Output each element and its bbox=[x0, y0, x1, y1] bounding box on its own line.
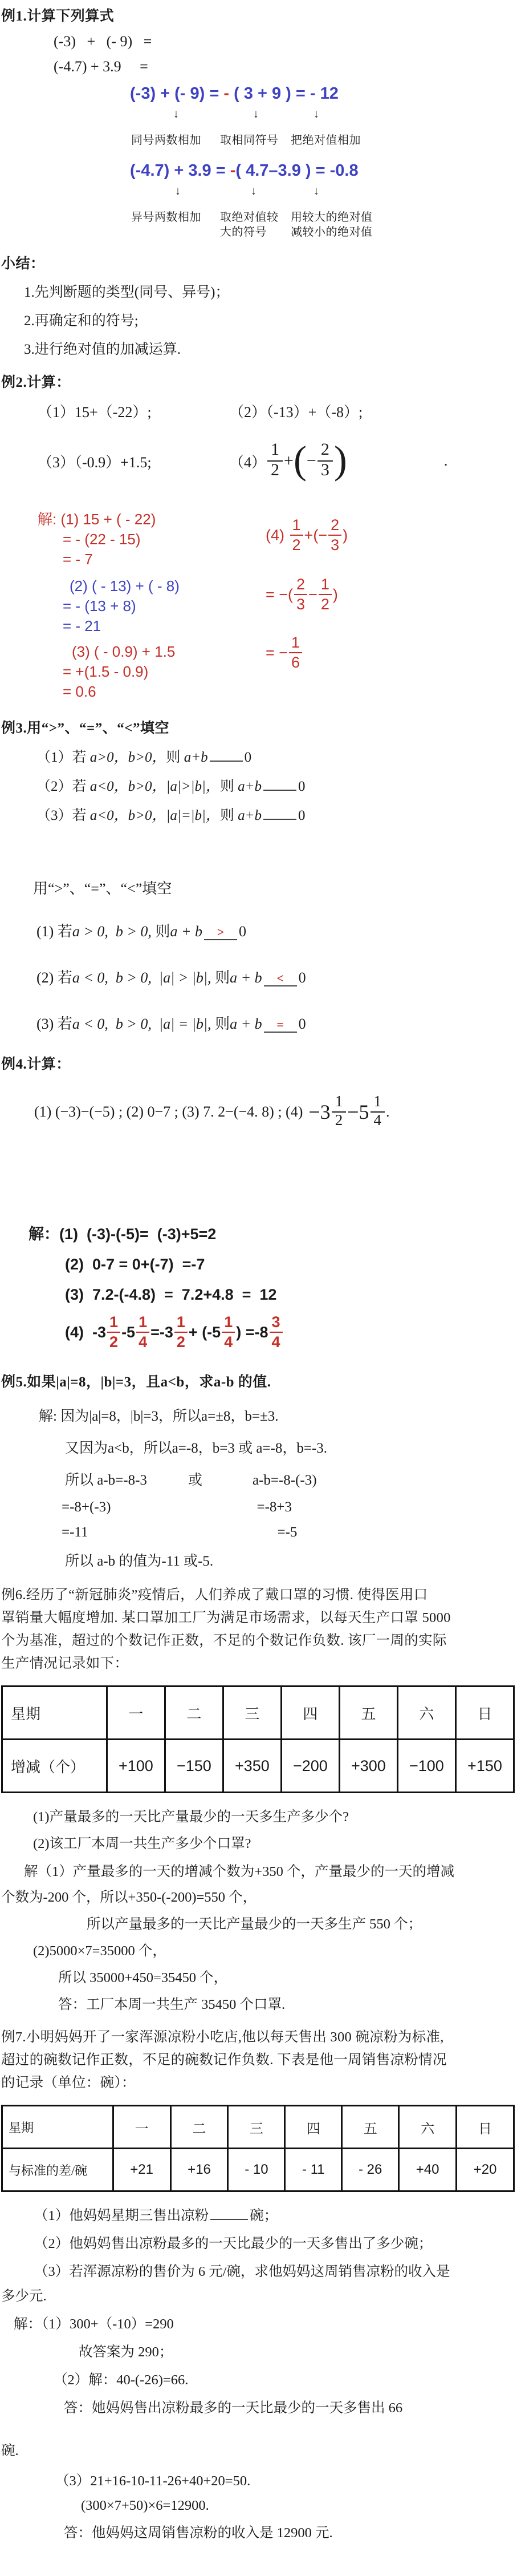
jie-label: 解： bbox=[29, 1226, 59, 1243]
minus-sign: − bbox=[307, 451, 316, 471]
work2-sign: - bbox=[230, 161, 236, 180]
ex1-worked-line-1: (-3) + (- 9) = - ( 3 + 9 ) = - 12 bbox=[130, 84, 515, 103]
fraction-numerator: 1 bbox=[222, 1315, 235, 1332]
term: ) =-8 bbox=[236, 1317, 268, 1348]
q-then: 则 bbox=[166, 750, 184, 765]
ex7-sol-6: (300×7+50)×6=12900. bbox=[81, 2498, 515, 2514]
table1-row-label: 增减（个） bbox=[2, 1740, 107, 1793]
summary-title: 小结： bbox=[1, 252, 515, 273]
q-lead: （2）若 bbox=[36, 779, 90, 794]
fraction: 12 bbox=[332, 1094, 347, 1130]
table1-value: +100 bbox=[107, 1740, 165, 1793]
ex1-expression-1: (-3) + (- 9) = bbox=[54, 33, 515, 50]
ex5-l1: 因为|a|=8，|b|=3，所以a=±8，b=±3. bbox=[60, 1409, 278, 1424]
rule-label-larger-abs-sign-1: 取绝对值较 bbox=[220, 208, 279, 224]
ex4-sol-3: (3) 7.2-(-4.8) = 7.2+4.8 = 12 bbox=[65, 1280, 515, 1310]
ex4-s4-label: (4) bbox=[65, 1317, 84, 1348]
fraction-numerator: 2 bbox=[294, 577, 307, 594]
ex1-worked-line-2: (-4.7) + 3.9 = -( 4.7–3.9 ) = -0.8 bbox=[130, 161, 515, 180]
close-paren: ) bbox=[333, 586, 338, 604]
ex3-question-2: （2）若 a<0，b>0，|a|>|b|，则 a+b0 bbox=[36, 775, 515, 795]
fraction-denominator: 3 bbox=[328, 535, 341, 553]
ex1-diagram-1: ↓ ↓ ↓ 同号两数相加 取相同符号 把绝对值相加 bbox=[1, 108, 515, 152]
ex3-question-3: （3）若 a<0，b>0，|a|=|b|，则 a+b0 bbox=[36, 804, 515, 824]
fraction: 23 bbox=[328, 517, 341, 553]
table1-day: 六 bbox=[397, 1687, 455, 1740]
ex2-sol-r2: = −( 23 − 12 ) bbox=[266, 577, 348, 612]
ex4-s1: (1) (-3)-(-5)= (-3)+5=2 bbox=[59, 1226, 216, 1243]
fraction-numerator: 1 bbox=[319, 577, 332, 594]
a-expr: a + b bbox=[230, 969, 262, 986]
rule-label-larger-abs-sign-2: 大的符号 bbox=[220, 223, 267, 239]
ex7-sol-4b: 碗. bbox=[1, 2440, 515, 2460]
fraction-numerator: 1 bbox=[267, 441, 283, 460]
a-tail: 0 bbox=[239, 923, 246, 940]
ex5-title: 例5.如果|a|=8，|b|=3，且a<b，求a-b 的值. bbox=[1, 1370, 515, 1391]
ex3-answer-2: (2) 若a < 0, b > 0, |a| > |b|, 则a + b<0 bbox=[36, 966, 515, 987]
rule-label-same-sign: 同号两数相加 bbox=[131, 131, 201, 147]
fraction-numerator: 1 bbox=[371, 1094, 385, 1111]
worksheet-page: 例1.计算下列算式 (-3) + (- 9) = (-4.7) + 3.9 = … bbox=[0, 0, 517, 2576]
fraction-numerator: 1 bbox=[290, 517, 303, 535]
q-lead: （3）若 bbox=[36, 808, 90, 823]
ex2-solution-right: (4) 12 + ( − 23 ) = −( 23 − 12 ) = − 16 bbox=[266, 509, 348, 702]
table2-day: 四 bbox=[285, 2106, 342, 2149]
spacer bbox=[1, 824, 515, 877]
ex2-solution-left: 解: (1) 15 + ( - 22) = - (22 - 15) = - 7 … bbox=[38, 509, 266, 702]
fraction-denominator: 6 bbox=[289, 652, 302, 670]
ex7-sol-2: 故答案为 290； bbox=[79, 2341, 515, 2361]
q-lead: （1）若 bbox=[36, 750, 90, 765]
fraction-numerator: 2 bbox=[317, 441, 333, 460]
a-cond: a > 0, b > 0, bbox=[72, 923, 152, 940]
ex7-sol-4: 答：她妈妈售出凉粉最多的一天比最少的一天多售出 66 bbox=[64, 2397, 515, 2417]
ex7-question-3b: 多少元. bbox=[1, 2285, 515, 2305]
fraction: 12 bbox=[107, 1315, 120, 1350]
table1-day: 二 bbox=[165, 1687, 223, 1740]
work1-sign: - bbox=[223, 84, 229, 103]
ex1-expression-2: (-4.7) + 3.9 = bbox=[54, 58, 515, 75]
ex6-para-line4: 生产情况记录如下： bbox=[1, 1652, 515, 1675]
ex2-problem-4: （4） 12 + ( − 23 ) bbox=[229, 441, 347, 481]
ex2-sol-r3: = − 16 bbox=[266, 635, 348, 670]
ex7-q1-post: 碗； bbox=[250, 2208, 278, 2223]
ex2-problem-row-2: （3）（-0.9）+1.5; （4） 12 + ( − 23 ) . bbox=[1, 427, 515, 495]
fraction-denominator: 2 bbox=[107, 1332, 120, 1350]
ex6-sol-5: 所以 35000+450=35450 个， bbox=[58, 1967, 515, 1987]
ex2-problem-2: （2）（-13）+（-8）; bbox=[229, 401, 363, 422]
period: . bbox=[386, 1103, 390, 1121]
ex2-problem-3: （3）（-0.9）+1.5; bbox=[38, 451, 229, 472]
q-expr: a+b bbox=[238, 779, 262, 794]
fraction-denominator: 4 bbox=[136, 1332, 149, 1350]
jie-label: 解: bbox=[38, 511, 56, 528]
ex7-sol-7: 答：他妈妈这周销售凉粉的收入是 12900 元. bbox=[64, 2522, 515, 2542]
ex4-sol-2: (2) 0-7 = 0+(-7) =-7 bbox=[65, 1249, 515, 1280]
ex5-l5b: =-5 bbox=[278, 1524, 298, 1540]
table2-value: +40 bbox=[399, 2149, 457, 2191]
table2-value: - 26 bbox=[342, 2149, 399, 2191]
answer-blank bbox=[210, 761, 243, 762]
fraction: 12 bbox=[290, 517, 303, 553]
ex7-sol-3: （2）解：40-(-26)=66. bbox=[54, 2369, 515, 2389]
ex2-sol-l2: = - (22 - 15) bbox=[63, 529, 266, 549]
rule-label-take-sign: 取相同符号 bbox=[220, 131, 279, 147]
fraction: 14 bbox=[222, 1315, 235, 1350]
rule-label-subtract-abs-1: 用较大的绝对值 bbox=[291, 208, 373, 224]
plus-operator: + bbox=[304, 527, 314, 544]
down-arrow-icon: ↓ bbox=[314, 185, 319, 198]
table2-day: 六 bbox=[399, 2106, 457, 2149]
rule-label-add-abs: 把绝对值相加 bbox=[291, 131, 361, 147]
a-then: 则 bbox=[211, 1016, 230, 1032]
summary-item-3: 3.进行绝对值的加减运算. bbox=[24, 338, 515, 358]
ex6-sol-3: 所以产量最多的一天比产量最少的一天多生产 550 个； bbox=[87, 1913, 515, 1933]
q-cond: a<0，b>0，|a|=|b|， bbox=[90, 808, 220, 823]
minus-operator: − bbox=[308, 586, 317, 604]
answer-value: < bbox=[276, 971, 284, 985]
a-lead: (1) 若 bbox=[36, 923, 72, 940]
table1-col-header: 星期 bbox=[2, 1687, 107, 1740]
ex7-para-line1: 例7.小明妈妈开了一家浑源凉粉小吃店,他以每天售出 300 碗凉粉为标准, bbox=[1, 2026, 515, 2049]
ex5-l4a: =-8+(-3) bbox=[62, 1499, 111, 1515]
rule-label-subtract-abs-2: 减较小的绝对值 bbox=[291, 223, 373, 239]
table2-value: +16 bbox=[170, 2149, 228, 2191]
term: -3 bbox=[92, 1317, 106, 1348]
ex7-sol-1: 解：（1）300+（-10）=290 bbox=[14, 2313, 515, 2333]
table2-value: +21 bbox=[113, 2149, 170, 2191]
ex2-sol-l6: = - 21 bbox=[63, 616, 266, 636]
ex2-solution: 解: (1) 15 + ( - 22) = - (22 - 15) = - 7 … bbox=[38, 509, 515, 702]
ex2-sol-l3: = - 7 bbox=[63, 549, 266, 569]
sales-table: 星期 一 二 三 四 五 六 日 与标准的差/碗 +21 +16 - 10 - … bbox=[1, 2105, 515, 2192]
a-lead: (3) 若 bbox=[36, 1016, 72, 1032]
ex2-sol-l1: (1) 15 + ( - 22) bbox=[60, 511, 156, 528]
table2-value: +20 bbox=[457, 2149, 514, 2191]
ex4-problem-4: −3 12 − 5 14 . bbox=[308, 1094, 389, 1130]
q-expr: a+b bbox=[238, 808, 262, 823]
ex4-problems: (1) (−3)−(−5) ; (2) 0−7 ; (3) 7. 2−(−4. … bbox=[34, 1089, 515, 1135]
ex7-paragraph: 例7.小明妈妈开了一家浑源凉粉小吃店,他以每天售出 300 碗凉粉为标准, 超过… bbox=[1, 2026, 515, 2094]
table-row: 星期 一 二 三 四 五 六 日 bbox=[2, 1687, 514, 1740]
table1-value: −200 bbox=[281, 1740, 339, 1793]
table2-day: 一 bbox=[113, 2106, 170, 2149]
ex7-para-line2: 超过的碗数记作正数，不足的碗数记作负数. 下表是他一周销售凉粉情况 bbox=[1, 2049, 515, 2072]
ex6-para-line1: 例6.经历了“新冠肺炎”疫情后，人们养成了戴口罩的习惯. 使得医用口 bbox=[1, 1584, 515, 1607]
a-lead: (2) 若 bbox=[36, 969, 72, 986]
ex2-sol-line1: 解: (1) 15 + ( - 22) bbox=[38, 509, 266, 529]
ex2-sol-l4: (2) ( - 13) + ( - 8) bbox=[70, 576, 266, 596]
ex2-p4-label: （4） bbox=[229, 451, 266, 472]
fraction: 12 bbox=[267, 441, 283, 481]
table1-value: −150 bbox=[165, 1740, 223, 1793]
jie-label: 解: bbox=[39, 1409, 57, 1424]
fraction-numerator: 1 bbox=[136, 1315, 149, 1332]
fraction-denominator: 2 bbox=[290, 535, 303, 553]
ex2-sol-l7: (3) ( - 0.9) + 1.5 bbox=[72, 642, 266, 662]
summary-item-1: 1.先判断题的类型(同号、异号)； bbox=[24, 281, 515, 301]
ex5-sol-4: =-8+(-3)=-8+3 bbox=[62, 1499, 515, 1515]
q-tail: 0 bbox=[298, 779, 306, 794]
ex6-sol-1: 解（1）产量最多的一天的增减个数为+350 个，产量最少的一天的增减 bbox=[24, 1861, 515, 1881]
minus-operator: − bbox=[347, 1100, 359, 1124]
ex2-problem-1: （1）15+（-22）; bbox=[38, 401, 229, 422]
table2-day: 五 bbox=[342, 2106, 399, 2149]
table1-value: +300 bbox=[339, 1740, 397, 1793]
down-arrow-icon: ↓ bbox=[251, 185, 257, 198]
table-row: 与标准的差/碗 +21 +16 - 10 - 11 - 26 +40 +20 bbox=[2, 2149, 514, 2191]
fraction: 12 bbox=[174, 1315, 188, 1350]
ex4-problems-123: (1) (−3)−(−5) ; (2) 0−7 ; (3) 7. 2−(−4. … bbox=[34, 1103, 303, 1121]
ex5-l5a: =-11 bbox=[62, 1524, 88, 1540]
fraction-denominator: 4 bbox=[222, 1332, 235, 1350]
table2-row-label: 与标准的差/碗 bbox=[2, 2149, 113, 2191]
fraction-denominator: 2 bbox=[319, 594, 332, 612]
spacer bbox=[1, 1135, 515, 1219]
fraction: 14 bbox=[371, 1094, 385, 1130]
a-tail: 0 bbox=[299, 969, 306, 986]
ex4-sol-1: 解：(1) (-3)-(-5)= (-3)+5=2 bbox=[29, 1219, 515, 1249]
mixed-int: 5 bbox=[359, 1100, 369, 1124]
q-tail: 0 bbox=[298, 808, 306, 823]
ex6-paragraph: 例6.经历了“新冠肺炎”疫情后，人们养成了戴口罩的习惯. 使得医用口 罩销量大幅… bbox=[1, 1584, 515, 1675]
ex7-question-1: （1）他妈妈星期三售出凉粉碗； bbox=[34, 2205, 515, 2225]
ex5-sol-1: 解: 因为|a|=8，|b|=3，所以a=±8，b=±3. bbox=[39, 1405, 515, 1425]
work1-pre: (-3) + (- 9) = bbox=[130, 84, 223, 103]
ex5-l3b: a-b=-8-(-3) bbox=[253, 1473, 317, 1488]
fraction-denominator: 4 bbox=[371, 1111, 385, 1130]
a-expr: a + b bbox=[230, 1016, 262, 1032]
fraction-numerator: 1 bbox=[289, 635, 302, 652]
answer-value: = bbox=[276, 1017, 284, 1032]
ex6-para-line2: 罩销量大幅度增加. 某口罩加工厂为满足市场需求，以每天生产口罩 5000 bbox=[1, 1607, 515, 1629]
ex2-sol-l9: = 0.6 bbox=[63, 682, 266, 702]
answer-blank bbox=[263, 819, 296, 820]
table1-value: −100 bbox=[397, 1740, 455, 1793]
work2-pre: (-4.7) + 3.9 = bbox=[130, 161, 230, 180]
a-tail: 0 bbox=[299, 1016, 306, 1032]
a-cond: a < 0, b > 0, |a| = |b|, bbox=[72, 1016, 211, 1032]
ex6-sol-6: 答：工厂本周一共生产 35450 个口罩. bbox=[58, 1993, 515, 2013]
term: =-3 bbox=[150, 1317, 173, 1348]
table1-day: 五 bbox=[339, 1687, 397, 1740]
ex2-r1-label: (4) bbox=[266, 527, 284, 544]
ex7-question-2: （2）他妈妈售出凉粉最多的一天比最少的一天多售出了多少碗； bbox=[34, 2233, 515, 2253]
ex6-question-1: (1)产量最多的一天比产量最少的一天多生产多少个? bbox=[33, 1806, 515, 1826]
table2-day: 日 bbox=[457, 2106, 514, 2149]
q-then: 则 bbox=[220, 808, 238, 823]
a-then: 则 bbox=[152, 923, 170, 940]
rule-label-diff-sign: 异号两数相加 bbox=[131, 208, 201, 224]
fraction-denominator: 2 bbox=[267, 460, 283, 481]
ex6-sol-2: 个数为-200 个，所以+350-(-200)=550 个， bbox=[1, 1886, 515, 1906]
down-arrow-icon: ↓ bbox=[175, 185, 181, 198]
q-cond: a<0，b>0，|a|>|b|， bbox=[90, 779, 220, 794]
ex5-sol-3: 所以 a-b=-8-3或a-b=-8-(-3) bbox=[65, 1469, 515, 1489]
ex2-sol-l5: = - (13 + 8) bbox=[63, 596, 266, 616]
table1-day: 日 bbox=[455, 1687, 514, 1740]
minus-sign: − bbox=[318, 527, 327, 544]
work1-post: ( 3 + 9 ) = - 12 bbox=[229, 84, 339, 103]
ex3-title-repeat: 用“>”、“=”、“<”填空 bbox=[33, 877, 515, 898]
fraction-denominator: 2 bbox=[332, 1111, 347, 1130]
a-expr: a + b bbox=[170, 923, 202, 940]
down-arrow-icon: ↓ bbox=[173, 108, 179, 121]
plus-operator: + bbox=[284, 451, 294, 471]
fraction: 23 bbox=[317, 441, 333, 481]
ex5-l4b: =-8+3 bbox=[257, 1499, 292, 1515]
table1-day: 四 bbox=[281, 1687, 339, 1740]
ex3-title: 例3.用“>”、“=”、“<”填空 bbox=[1, 717, 515, 737]
table1-day: 一 bbox=[107, 1687, 165, 1740]
ex2-r3-pre: = − bbox=[266, 644, 288, 662]
down-arrow-icon: ↓ bbox=[314, 108, 319, 121]
term: + (-5 bbox=[189, 1317, 221, 1348]
ex6-para-line3: 个为基准，超过的个数记作正数，不足的个数记作负数. 该厂一周的实际 bbox=[1, 1629, 515, 1652]
ex7-sol-5: （3）21+16-10-11-26+40+20=50. bbox=[55, 2470, 515, 2490]
ex2-sol-l8: = +(1.5 - 0.9) bbox=[63, 662, 266, 682]
ex3-question-1: （1）若 a>0，b>0，则 a+b0 bbox=[36, 746, 515, 766]
ex2-problem-row-1: （1）15+（-22）; （2）（-13）+（-8）; bbox=[1, 401, 515, 422]
table2-day: 三 bbox=[228, 2106, 285, 2149]
mixed-int: −3 bbox=[308, 1100, 330, 1124]
ex7-q1-pre: （1）他妈妈星期三售出凉粉 bbox=[34, 2208, 209, 2223]
ex1-diagram-2: ↓ ↓ ↓ 异号两数相加 取绝对值较 大的符号 用较大的绝对值 减较小的绝对值 bbox=[1, 185, 515, 246]
fraction-denominator: 2 bbox=[174, 1332, 188, 1350]
down-arrow-icon: ↓ bbox=[253, 108, 259, 121]
table2-day: 二 bbox=[170, 2106, 228, 2149]
ex3-answer-1: (1) 若a > 0, b > 0, 则a + b>0 bbox=[36, 920, 515, 941]
table2-value: - 10 bbox=[228, 2149, 285, 2191]
fraction: 34 bbox=[270, 1315, 283, 1350]
ex7-para-line3: 的记录（单位：碗）： bbox=[1, 2072, 515, 2094]
ex5-l3a: 所以 a-b=-8-3 bbox=[65, 1473, 147, 1488]
table-row: 星期 一 二 三 四 五 六 日 bbox=[2, 2106, 514, 2149]
a-cond: a < 0, b > 0, |a| > |b|, bbox=[72, 969, 211, 986]
ex1-title: 例1.计算下列算式 bbox=[1, 5, 515, 25]
q-then: 则 bbox=[220, 779, 238, 794]
ex5-sol-6: 所以 a-b 的值为-11 或-5. bbox=[65, 1550, 515, 1570]
answer-blank-filled: > bbox=[204, 924, 237, 940]
fraction: 14 bbox=[136, 1315, 149, 1350]
ex2-title: 例2.计算： bbox=[1, 371, 515, 391]
answer-blank-filled: = bbox=[264, 1016, 297, 1033]
fraction: 12 bbox=[319, 577, 332, 612]
ex2-p4-period: . bbox=[444, 452, 448, 470]
work2-post: ( 4.7–3.9 ) = -0.8 bbox=[235, 161, 358, 180]
table1-value: +150 bbox=[455, 1740, 514, 1793]
fraction-denominator: 3 bbox=[294, 594, 307, 612]
ex5-l3-or: 或 bbox=[188, 1473, 202, 1488]
answer-blank bbox=[263, 790, 296, 791]
ex6-question-2: (2)该工厂本周一共生产多少个口罩? bbox=[33, 1833, 515, 1853]
fraction-numerator: 1 bbox=[174, 1315, 188, 1332]
fraction-denominator: 4 bbox=[270, 1332, 283, 1350]
q-tail: 0 bbox=[245, 750, 252, 765]
answer-blank-filled: < bbox=[264, 970, 297, 986]
production-table: 星期 一 二 三 四 五 六 日 增减（个） +100 −150 +350 −2… bbox=[1, 1685, 515, 1793]
table2-value: - 11 bbox=[285, 2149, 342, 2191]
ex2-r2-pre: = −( bbox=[266, 586, 293, 604]
ex7-question-3: （3）若浑源凉粉的售价为 6 元/碗，求他妈妈这周销售凉粉的收入是 bbox=[34, 2260, 515, 2280]
table2-col-header: 星期 bbox=[2, 2106, 113, 2149]
ex3-answer-3: (3) 若a < 0, b > 0, |a| = |b|, 则a + b=0 bbox=[36, 1012, 515, 1033]
fraction-denominator: 3 bbox=[317, 460, 333, 481]
ex2-sol-r1: (4) 12 + ( − 23 ) bbox=[266, 517, 348, 553]
ex6-sol-4: (2)5000×7=35000 个， bbox=[33, 1940, 515, 1960]
fraction: 23 bbox=[294, 577, 307, 612]
answer-value: > bbox=[217, 925, 225, 939]
fraction-numerator: 3 bbox=[270, 1315, 283, 1332]
ex5-sol-2: 又因为a<b，所以a=-8，b=3 或 a=-8，b=-3. bbox=[65, 1437, 515, 1457]
term: -5 bbox=[121, 1317, 135, 1348]
close-paren: ) bbox=[343, 527, 348, 544]
fraction-numerator: 1 bbox=[107, 1315, 120, 1332]
table-row: 增减（个） +100 −150 +350 −200 +300 −100 +150 bbox=[2, 1740, 514, 1793]
fraction: 16 bbox=[289, 635, 302, 670]
ex4-sol-4: (4) -312-514=-312+ (-514) =-834 bbox=[65, 1310, 515, 1354]
q-cond: a>0，b>0， bbox=[90, 750, 166, 765]
table1-value: +350 bbox=[223, 1740, 281, 1793]
ex4-title: 例4.计算： bbox=[1, 1053, 515, 1073]
ex5-sol-5: =-11=-5 bbox=[62, 1524, 515, 1540]
fraction-numerator: 2 bbox=[328, 517, 341, 535]
fraction-numerator: 1 bbox=[332, 1094, 347, 1111]
table1-day: 三 bbox=[223, 1687, 281, 1740]
answer-blank bbox=[210, 2219, 248, 2220]
q-expr: a+b bbox=[184, 750, 208, 765]
a-then: 则 bbox=[211, 969, 230, 986]
open-paren: ( bbox=[313, 527, 318, 544]
ex4-solution: 解：(1) (-3)-(-5)= (-3)+5=2 (2) 0-7 = 0+(-… bbox=[29, 1219, 515, 1354]
summary-item-2: 2.再确定和的符号; bbox=[24, 309, 515, 330]
